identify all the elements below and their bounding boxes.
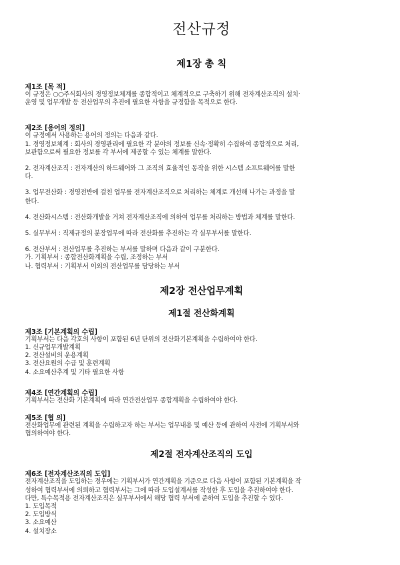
definition-item: 4. 전산화시스템 : 전산화개발을 거쳐 전자계산조직에 의하여 업무를 처리… (25, 214, 378, 222)
chapter-2-heading: 제2장 전산업무계획 (25, 283, 378, 297)
list-item: 1. 도입목적 (25, 503, 378, 511)
article-5-line: 협의하여야 한다. (25, 430, 378, 438)
article-4-heading: 제4조 [연간계획의 수립] (25, 389, 378, 397)
article-1-line: 이 규정은 ○○주식회사의 경영정보체계를 종합적이고 체계적으로 구축하기 위… (25, 91, 378, 99)
definition-item: 한다. (25, 198, 378, 206)
article-2: 제2조 [용어의 정의] 이 규정에서 사용하는 용어의 정의는 다음과 같다.… (25, 124, 378, 270)
definition-subitem: 나. 협력부서 : 기획부서 이외의 전산업무를 담당하는 부서 (25, 263, 378, 271)
article-5-heading: 제5조 [협 의] (25, 414, 378, 422)
definition-item: 2. 전자계산조직 : 전자계산의 하드웨어와 그 조직의 효율적인 동작을 위… (25, 165, 378, 173)
definition-item: 1. 경영정보체계 : 회사의 경영관리에 필요한 각 분야의 정보를 신속·정… (25, 141, 378, 149)
chapter-1-heading: 제1장 총 칙 (25, 56, 378, 70)
list-item: 4. 설치장소 (25, 528, 378, 536)
list-item: 3. 소요예산 (25, 519, 378, 527)
article-4-line: 기획부서는 전산화 기본계획에 따라 연간전산업무 종합계획을 수립하여야 한다… (25, 397, 378, 405)
document-title: 전산규정 (25, 0, 378, 39)
article-6-line: 다만, 특수목적용 전자계산조직은 실무부서에서 해당 협력 부서에 준하여 도… (25, 495, 378, 503)
article-3-heading: 제3조 [기본계획의 수립] (25, 328, 378, 336)
article-5: 제5조 [협 의] 전산화업무에 관련된 계획을 수립하고자 하는 부서는 업무… (25, 414, 378, 438)
article-3-intro: 기획부서는 다음 각호의 사항이 포함된 6년 단위의 전산화기본계획을 수립하… (25, 336, 378, 344)
article-1: 제1조 [목 적] 이 규정은 ○○주식회사의 경영정보체계를 종합적이고 체계… (25, 83, 378, 107)
article-4: 제4조 [연간계획의 수립] 기획부서는 전산화 기본계획에 따라 연간전산업무… (25, 389, 378, 405)
article-6-line: 전자계산조직을 도입하는 경우에는 기획부서가 연간계획을 기준으로 다음 사항… (25, 478, 378, 486)
article-3: 제3조 [기본계획의 수립] 기획부서는 다음 각호의 사항이 포함된 6년 단… (25, 328, 378, 377)
article-6-line: 성하여 협력부서에 의뢰하고 협력부서는 그에 따라 도입설계서를 작성한 후 … (25, 487, 378, 495)
article-5-line: 전산화업무에 관련된 계획을 수립하고자 하는 부서는 업무내용 및 예산 등에… (25, 422, 378, 430)
section-1-heading: 제1절 전산화계획 (25, 307, 378, 319)
article-1-heading: 제1조 [목 적] (25, 83, 378, 91)
definition-item: 보관함으로써 필요한 정보를 각 부서에 제공할 수 있는 체계를 말한다. (25, 149, 378, 157)
article-1-line: 운영 및 업무개발 등 전산업무의 추진에 필요한 사항을 규정함을 목적으로 … (25, 99, 378, 107)
definition-item: 3. 업무전산화 : 경영전반에 걸친 업무를 전자계산조직으로 처리하는 체계… (25, 189, 378, 197)
definition-item: 5. 실무부서 : 직제규정의 분장업무에 따라 전산화를 추진하는 각 실무부… (25, 230, 378, 238)
section-2-heading: 제2절 전자계산조직의 도입 (25, 448, 378, 460)
list-item: 3. 전산요원의 수급 및 훈련계획 (25, 360, 378, 368)
list-item: 2. 도입방식 (25, 511, 378, 519)
definition-item: 다. (25, 173, 378, 181)
article-6: 제6조 [전자계산조직의 도입] 전자계산조직을 도입하는 경우에는 기획부서가… (25, 470, 378, 535)
list-item: 4. 소요예산추계 및 기타 필요한 사항 (25, 369, 378, 377)
document-page: 전산규정 제1장 총 칙 제1조 [목 적] 이 규정은 ○○주식회사의 경영정… (0, 0, 400, 565)
article-2-intro: 이 규정에서 사용하는 용어의 정의는 다음과 같다. (25, 132, 378, 140)
definition-subitem: 가. 기획부서 : 종합전산화계획을 수립, 조정하는 부서 (25, 254, 378, 262)
